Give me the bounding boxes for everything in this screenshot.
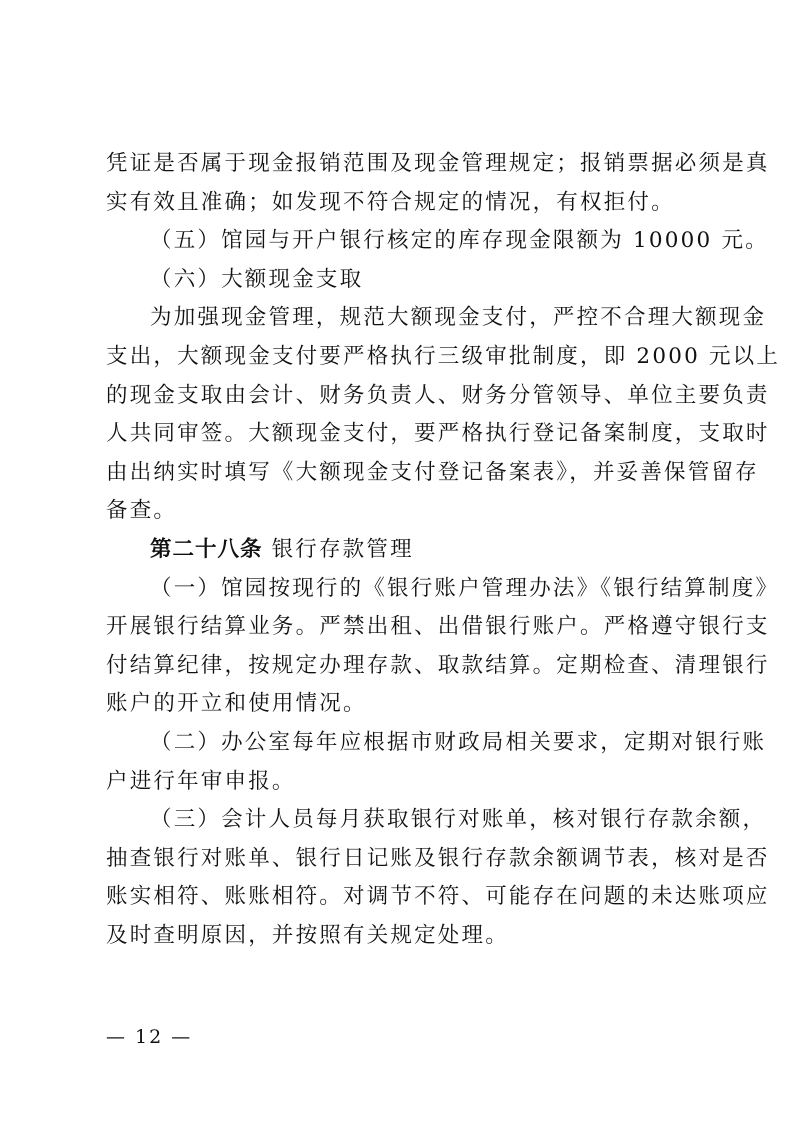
paragraph-line: 人共同审签。大额现金支付，要严格执行登记备案制度，支取时 <box>106 415 696 454</box>
paragraph-line: 户进行年审申报。 <box>106 763 696 802</box>
paragraph-line: 账户的开立和使用情况。 <box>106 685 696 724</box>
clause-five: （五）馆园与开户银行核定的库存现金限额为 10000 元。 <box>106 222 696 261</box>
document-page: 凭证是否属于现金报销范围及现金管理规定；报销票据必须是真 实有效且准确；如发现不… <box>0 0 793 1122</box>
clause-one: （一）馆园按现行的《银行账户管理办法》《银行结算制度》 <box>106 570 696 609</box>
paragraph-line: 备查。 <box>106 492 696 531</box>
paragraph-line: 支出，大额现金支付要严格执行三级审批制度，即 2000 元以上 <box>106 338 696 377</box>
paragraph-line: 凭证是否属于现金报销范围及现金管理规定；报销票据必须是真 <box>106 145 696 184</box>
article-title: 银行存款管理 <box>272 537 414 562</box>
clause-six-heading: （六）大额现金支取 <box>106 261 696 300</box>
clause-two: （二）办公室每年应根据市财政局相关要求，定期对银行账 <box>106 724 696 763</box>
article-heading: 第二十八条 银行存款管理 <box>106 531 696 570</box>
paragraph-line: 抽查银行对账单、银行日记账及银行存款余额调节表，核对是否 <box>106 840 696 879</box>
clause-three: （三）会计人员每月获取银行对账单，核对银行存款余额， <box>106 801 696 840</box>
page-number: — 12 — <box>106 1026 192 1048</box>
paragraph-line: 实有效且准确；如发现不符合规定的情况，有权拒付。 <box>106 184 696 223</box>
document-body: 凭证是否属于现金报销范围及现金管理规定；报销票据必须是真 实有效且准确；如发现不… <box>106 145 696 955</box>
paragraph-line: 的现金支取由会计、财务负责人、财务分管领导、单位主要负责 <box>106 377 696 416</box>
paragraph-line: 账实相符、账账相符。对调节不符、可能存在问题的未达账项应 <box>106 878 696 917</box>
paragraph-line: 由出纳实时填写《大额现金支付登记备案表》，并妥善保管留存 <box>106 454 696 493</box>
paragraph-line: 开展银行结算业务。严禁出租、出借银行账户。严格遵守银行支 <box>106 608 696 647</box>
paragraph-line: 付结算纪律，按规定办理存款、取款结算。定期检查、清理银行 <box>106 647 696 686</box>
article-number: 第二十八条 <box>150 537 263 562</box>
paragraph-line: 为加强现金管理，规范大额现金支付，严控不合理大额现金 <box>106 299 696 338</box>
paragraph-line: 及时查明原因，并按照有关规定处理。 <box>106 917 696 956</box>
